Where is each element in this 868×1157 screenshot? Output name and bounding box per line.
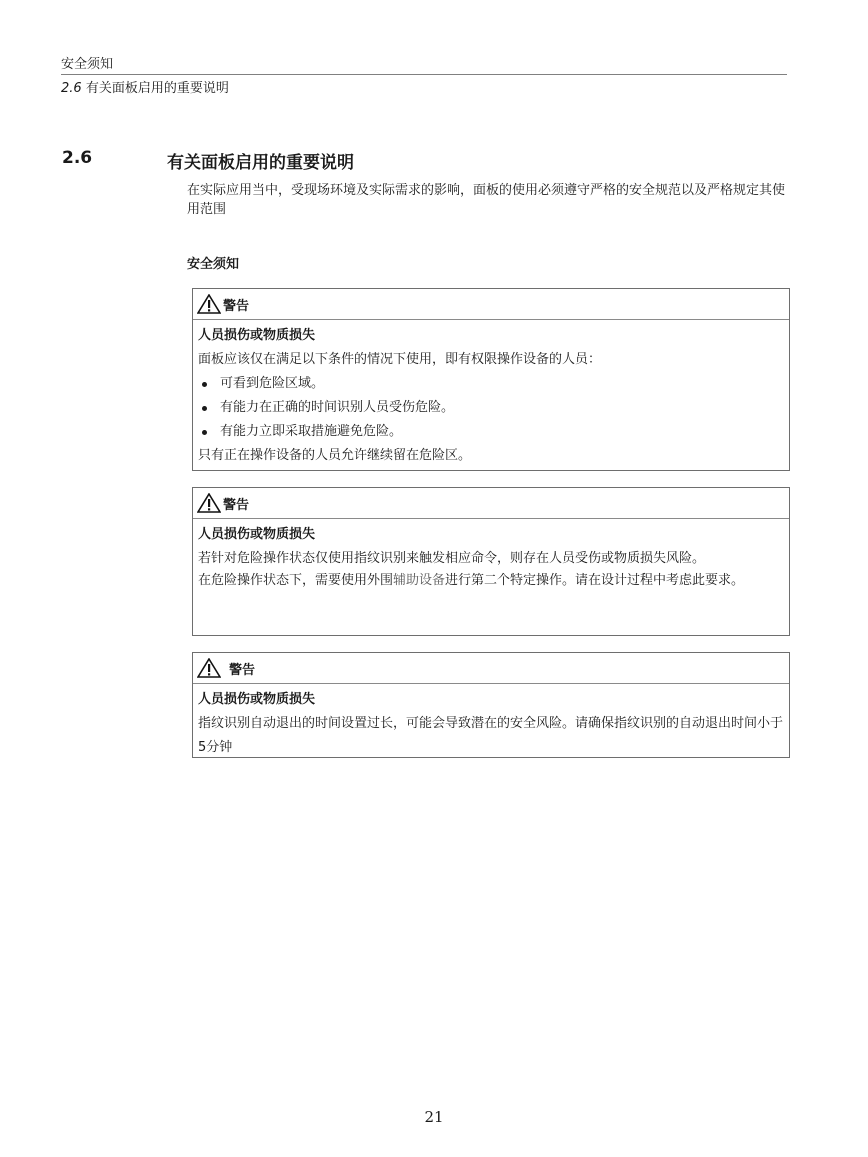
warning-box-1: 警告 人员损伤或物质损失 面板应该仅在满足以下条件的情况下使用，即有权限操作设备… [192, 288, 790, 471]
warning-cause: 人员损伤或物质损失 [198, 688, 784, 712]
warning-body: 人员损伤或物质损失 若针对危险操作状态仅使用指纹识别来触发相应命令，则存在人员受… [193, 519, 789, 595]
condition-list: 可看到危险区域。 有能力在正确的时间识别人员受伤危险。 有能力立即采取措施避免危… [198, 372, 784, 444]
safety-subheading: 安全须知 [187, 253, 239, 272]
section-title: 有关面板启用的重要说明 [167, 148, 354, 173]
warning-triangle-icon [197, 294, 221, 314]
running-header-section: 2.6 有关面板启用的重要说明 [61, 80, 787, 97]
running-header-section-number: 2.6 [61, 81, 82, 96]
warning-box-3: 警告 人员损伤或物质损失 指纹识别自动退出的时间设置过长，可能会导致潜在的安全风… [192, 652, 790, 758]
warning-label: 警告 [223, 494, 249, 513]
warning-header: 警告 [193, 488, 789, 519]
list-item: 有能力在正确的时间识别人员受伤危险。 [198, 396, 784, 420]
text-span: 进行第二个特定操作。请在设计过程中考虑此要求。 [445, 573, 744, 588]
warning-box-2: 警告 人员损伤或物质损失 若针对危险操作状态仅使用指纹识别来触发相应命令，则存在… [192, 487, 790, 636]
warning-cause: 人员损伤或物质损失 [198, 523, 784, 547]
text-span: 在危险操作状态下，需要使用外围 [198, 573, 393, 588]
warning-paragraph: 指纹识别自动退出的时间设置过长，可能会导致潜在的安全风险。请确保指纹识别的自动退… [198, 712, 784, 760]
warning-label: 警告 [229, 659, 255, 678]
section-number: 2.6 [62, 148, 92, 168]
warning-paragraph: 在危险操作状态下，需要使用外围辅助设备进行第二个特定操作。请在设计过程中考虑此要… [198, 571, 784, 591]
warning-intro: 面板应该仅在满足以下条件的情况下使用，即有权限操作设备的人员： [198, 348, 784, 372]
warning-triangle-icon [197, 658, 221, 678]
list-item: 可看到危险区域。 [198, 372, 784, 396]
warning-cause: 人员损伤或物质损失 [198, 324, 784, 348]
section-intro: 在实际应用当中，受现场环境及实际需求的影响，面板的使用必须遵守严格的安全规范以及… [187, 181, 787, 219]
page-number: 21 [0, 1108, 868, 1126]
running-header: 安全须知 2.6 有关面板启用的重要说明 [61, 56, 787, 97]
running-header-chapter: 安全须知 [61, 56, 787, 73]
list-item: 有能力立即采取措施避免危险。 [198, 420, 784, 444]
warning-header: 警告 [193, 653, 789, 684]
warning-header: 警告 [193, 289, 789, 320]
warning-body: 人员损伤或物质损失 指纹识别自动退出的时间设置过长，可能会导致潜在的安全风险。请… [193, 684, 789, 762]
running-header-section-title: 有关面板启用的重要说明 [86, 81, 229, 96]
warning-outro: 只有正在操作设备的人员允许继续留在危险区。 [198, 444, 784, 468]
warning-paragraph: 若针对危险操作状态仅使用指纹识别来触发相应命令，则存在人员受伤或物质损失风险。 [198, 549, 784, 569]
warning-body: 人员损伤或物质损失 面板应该仅在满足以下条件的情况下使用，即有权限操作设备的人员… [193, 320, 789, 470]
warning-triangle-icon [197, 493, 221, 513]
warning-label: 警告 [223, 295, 249, 314]
text-span: 辅助设备 [393, 573, 445, 588]
header-rule [61, 74, 787, 75]
